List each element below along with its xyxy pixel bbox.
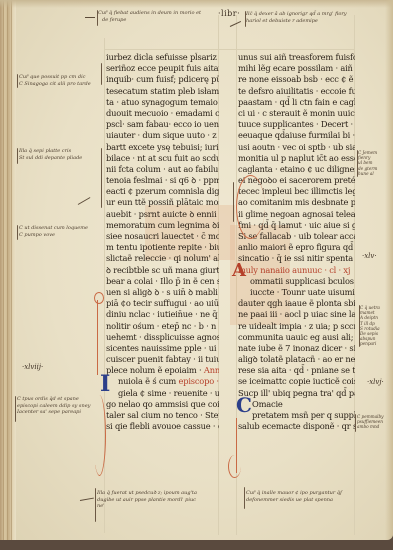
gutter-fold-line: [7, 0, 8, 540]
top-gloss-right: Ilc̄ q̄ dexer ǎ ab ignorigr qd̄ a mrg' f…: [246, 11, 347, 24]
initial-flourish: [97, 300, 98, 375]
manuscript-page: ·libr· Cur̄ q̄ fiebat audiens in deum in…: [0, 0, 393, 540]
margin-numeral: ·xlvj·: [367, 378, 384, 386]
initial-flourish: [236, 175, 265, 239]
gloss-brace: [17, 225, 18, 240]
right-margin-gloss: C pemmalby psuffiemeen ambo mnd: [357, 414, 384, 430]
pen-mark: [80, 498, 94, 501]
paragraph-bracket: [233, 182, 234, 222]
paragraph-bracket: [101, 148, 102, 208]
illuminated-initial: I: [100, 373, 110, 395]
page-edge: [385, 0, 393, 540]
initial-flourish: [93, 395, 106, 476]
left-margin-gloss: C ut dissenat cum loqueme C pumpo vove: [19, 225, 88, 238]
initial-flourish: [94, 292, 104, 304]
gloss-brace: [17, 148, 18, 164]
illuminated-initial: C: [236, 395, 252, 415]
running-head: ·libr·: [218, 9, 240, 18]
gloss-brace: [17, 74, 18, 88]
gloss-brace: [244, 487, 245, 509]
rubric: Anno: [204, 365, 219, 375]
gloss-brace: [15, 396, 16, 422]
ruling-line: [104, 49, 354, 50]
gutter-fold-line: [11, 0, 12, 540]
gloss-brace: [245, 11, 246, 27]
bottom-gloss-left: Illa q̄ fuerat ut psedcuꝺ z; ipoum aug't…: [97, 490, 197, 510]
text-column-left: iurbez dicla sefuisse pl̄sariz · qd̄ ser…: [106, 52, 219, 432]
right-margin-gloss: C q̄ uetra mamet A deiptn T ill dp S rot…: [360, 305, 380, 347]
left-margin-gloss: Illa q̄ sepi platte cris St sul ddi depa…: [19, 148, 82, 161]
gutter-fold-line: [3, 0, 4, 540]
binding-gutter: [0, 0, 16, 540]
gloss-brace: [355, 414, 356, 432]
gloss-brace: [95, 488, 96, 522]
right-margin-gloss: C Jemem fienry ul bem de gterm hune al: [358, 150, 377, 176]
gloss-brace: [357, 150, 358, 177]
left-margin-gloss: C tpus ordis q̄d et spane episcopi calee…: [17, 396, 91, 416]
rubric: episcopo · ab: [179, 376, 219, 386]
paragraph-bracket: [101, 63, 102, 85]
top-page-shadow: [0, 0, 393, 8]
margin-numeral: ·xlv·: [362, 252, 377, 260]
gloss-brace: [359, 305, 360, 347]
left-margin-gloss: Cur̄ que possuit pp cm dic C Sinagoga ci…: [19, 74, 91, 87]
text-column-right: unus sui aiñ treasforem fuisforce · mihi…: [238, 52, 355, 432]
bottom-gloss-right: Cur̄ q̄ inalle mauor ¢ ipo purgantur q̄ſ…: [246, 490, 342, 503]
red-initial: A: [232, 262, 246, 280]
top-gloss-left: Cur̄ q̄ fiebat audiens in deum in morio …: [98, 10, 201, 23]
pen-mark: [78, 197, 91, 205]
margin-numeral: ·xlviij·: [22, 363, 43, 371]
rubric-line: muly nanaiio aunuuc · cl · xj: [238, 265, 355, 276]
initial-flourish: [228, 455, 241, 478]
gloss-brace: [97, 10, 98, 26]
pen-mark: [85, 17, 95, 18]
